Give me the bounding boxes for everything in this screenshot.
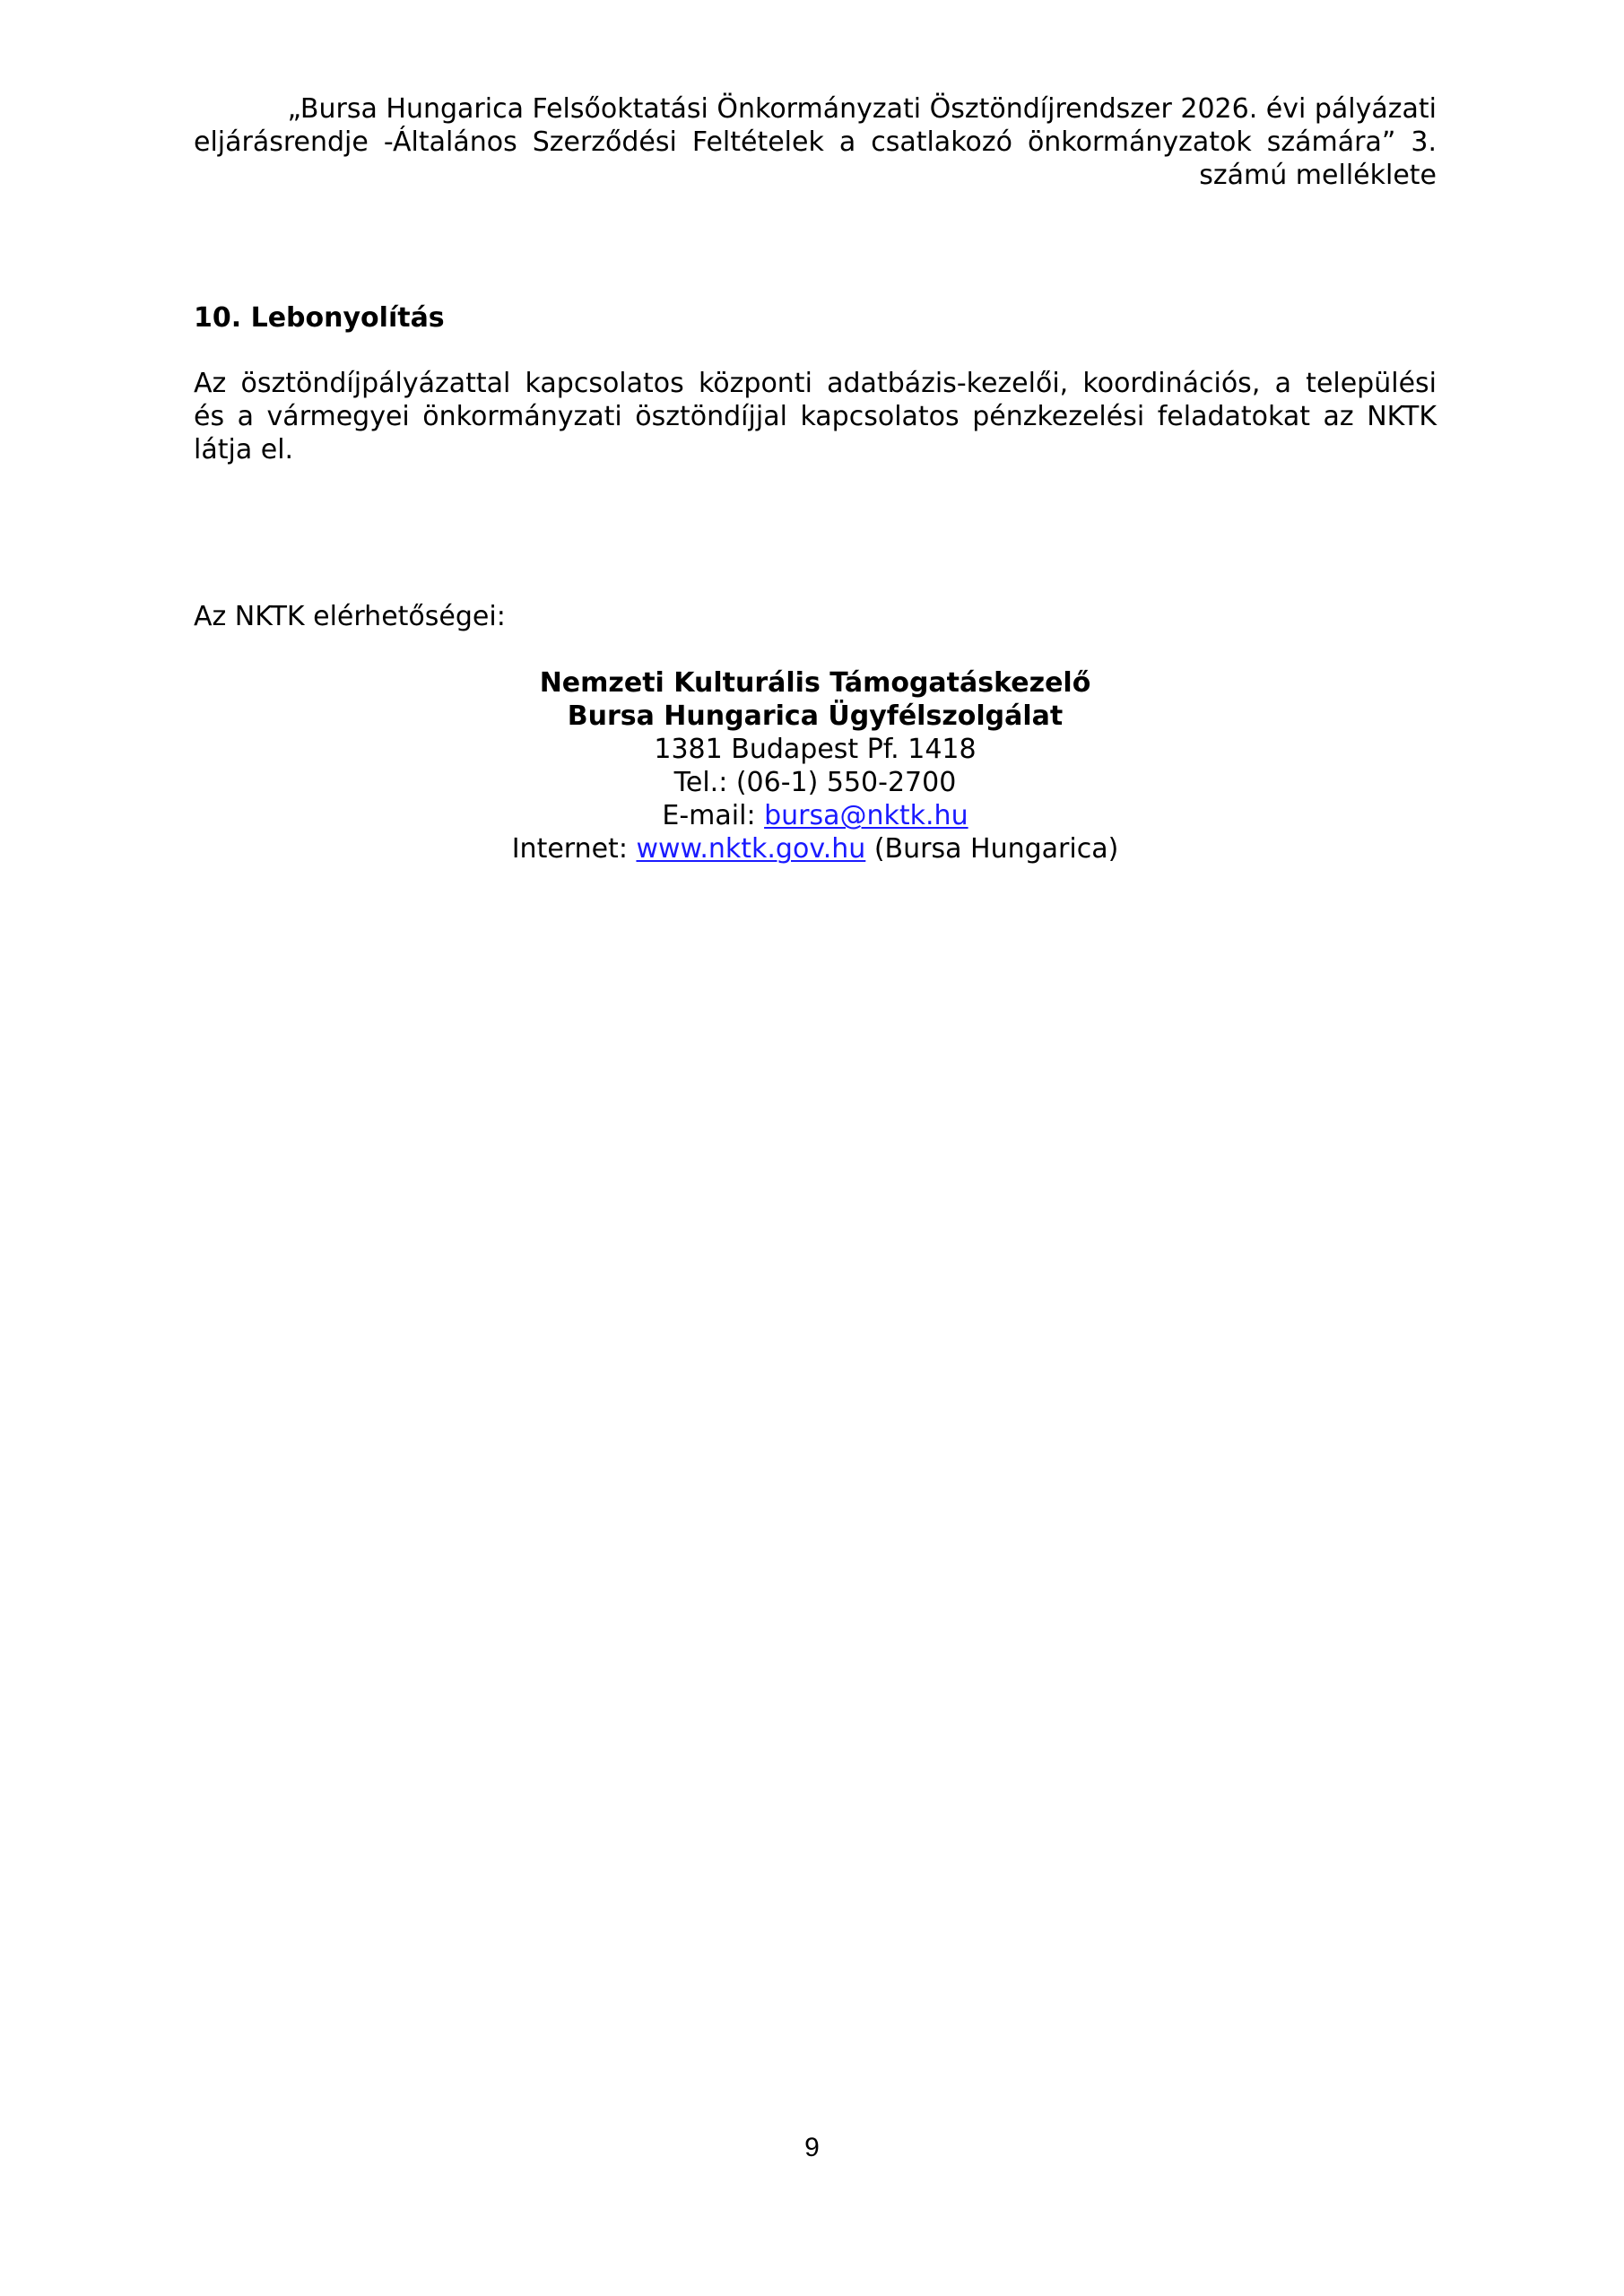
website-suffix: (Bursa Hungarica)	[865, 833, 1118, 865]
website-label: Internet:	[512, 833, 637, 865]
department-name: Bursa Hungarica Ügyfélszolgálat	[194, 700, 1437, 733]
header-line-3: számú melléklete	[194, 159, 1437, 192]
contact-block: Nemzeti Kulturális Támogatáskezelő Bursa…	[194, 666, 1437, 865]
document-header: „Bursa Hungarica Felsőoktatási Önkormány…	[194, 92, 1437, 192]
paragraph-line: látja el.	[194, 433, 1437, 466]
section-paragraph: Az ösztöndíjpályázattal kapcsolatos közp…	[194, 367, 1437, 466]
document-page: „Bursa Hungarica Felsőoktatási Önkormány…	[0, 0, 1624, 2296]
contacts-intro: Az NKTK elérhetőségei:	[194, 600, 506, 633]
organization-name: Nemzeti Kulturális Támogatáskezelő	[194, 666, 1437, 700]
postal-address: 1381 Budapest Pf. 1418	[194, 733, 1437, 766]
phone-number: Tel.: (06-1) 550-2700	[194, 766, 1437, 799]
website-link[interactable]: www.nktk.gov.hu	[636, 833, 865, 865]
page-number: 9	[0, 2131, 1624, 2164]
email-line: E-mail: bursa@nktk.hu	[194, 799, 1437, 832]
header-line-2: eljárásrendje -Általános Szerződési Felt…	[194, 126, 1437, 159]
section-title: 10. Lebonyolítás	[194, 301, 445, 335]
paragraph-line: és a vármegyei önkormányzati ösztöndíjja…	[194, 400, 1437, 433]
header-line-1: „Bursa Hungarica Felsőoktatási Önkormány…	[194, 92, 1437, 126]
website-line: Internet: www.nktk.gov.hu (Bursa Hungari…	[194, 832, 1437, 865]
paragraph-line: Az ösztöndíjpályázattal kapcsolatos közp…	[194, 367, 1437, 400]
email-link[interactable]: bursa@nktk.hu	[764, 800, 968, 831]
email-label: E-mail:	[662, 800, 764, 831]
